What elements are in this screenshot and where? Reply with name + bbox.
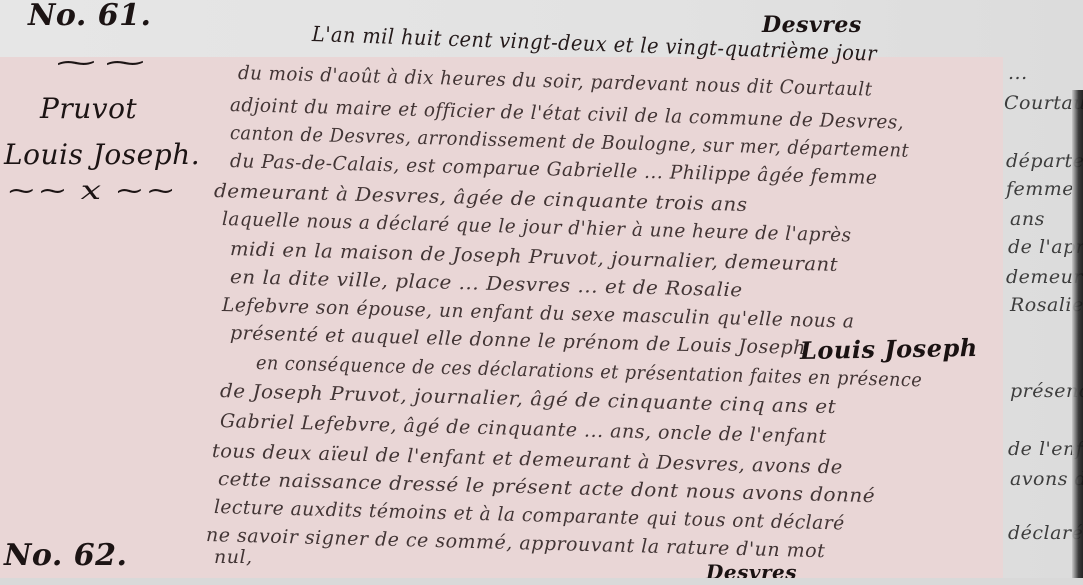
overflow-line: ... <box>1008 62 1028 84</box>
overflow-line: femme <box>1006 178 1074 200</box>
margin-surname: Pruvot <box>40 92 137 125</box>
commune-mention: Desvres <box>762 12 862 38</box>
flourish-top: ~~ <box>52 48 150 78</box>
page-binding-edge <box>1072 90 1083 585</box>
record-number-62: No. 62. <box>4 538 128 573</box>
flourish-bottom: ~~ x ~~ <box>6 176 177 206</box>
record-number-61: No. 61. <box>28 0 152 33</box>
margin-given-names: Louis Joseph. <box>4 138 200 171</box>
highlighted-child-name: Louis Joseph <box>800 333 978 365</box>
record-line: nul, <box>214 546 253 568</box>
overflow-line: ans <box>1010 208 1045 230</box>
register-page: No. 61. ~~ Pruvot Louis Joseph. ~~ x ~~ … <box>0 0 1083 585</box>
page-bottom-strip <box>0 578 1083 585</box>
